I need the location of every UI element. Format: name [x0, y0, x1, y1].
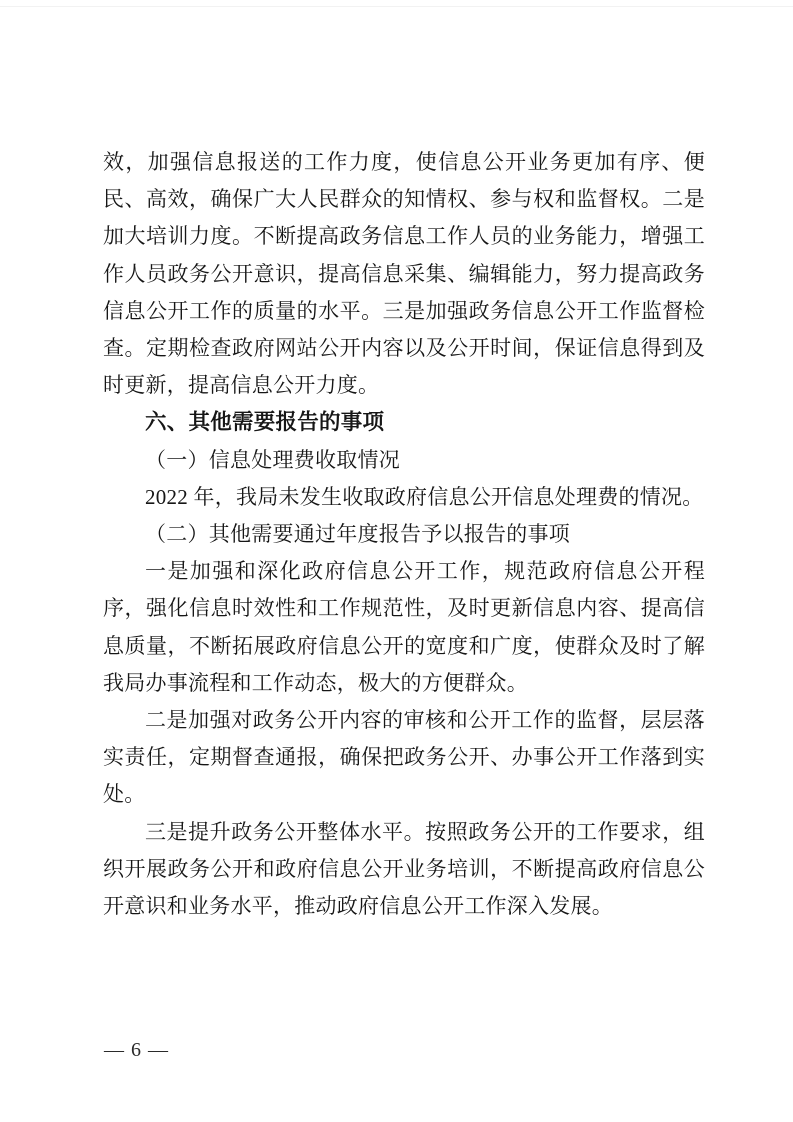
page-content: 效，加强信息报送的工作力度，使信息公开业务更加有序、便民、高效，确保广大人民群众…: [103, 144, 705, 925]
page-number: — 6 —: [104, 1039, 169, 1061]
page-top-edge: [0, 6, 793, 7]
page-footer: — 6 —: [104, 1039, 169, 1062]
paragraph: 二是加强对政务公开内容的审核和公开工作的监督，层层落实责任，定期督查通报，确保把…: [103, 702, 705, 814]
paragraph: 一是加强和深化政府信息公开工作，规范政府信息公开程序，强化信息时效性和工作规范性…: [103, 553, 705, 702]
subsection-heading-1: （一）信息处理费收取情况: [103, 442, 705, 479]
section-heading: 六、其他需要报告的事项: [103, 404, 705, 441]
paragraph-continuation: 效，加强信息报送的工作力度，使信息公开业务更加有序、便民、高效，确保广大人民群众…: [103, 144, 705, 404]
subsection-heading-2: （二）其他需要通过年度报告予以报告的事项: [103, 516, 705, 553]
paragraph: 三是提升政务公开整体水平。按照政务公开的工作要求，组织开展政务公开和政府信息公开…: [103, 814, 705, 926]
paragraph: 2022 年，我局未发生收取政府信息公开信息处理费的情况。: [103, 479, 705, 516]
